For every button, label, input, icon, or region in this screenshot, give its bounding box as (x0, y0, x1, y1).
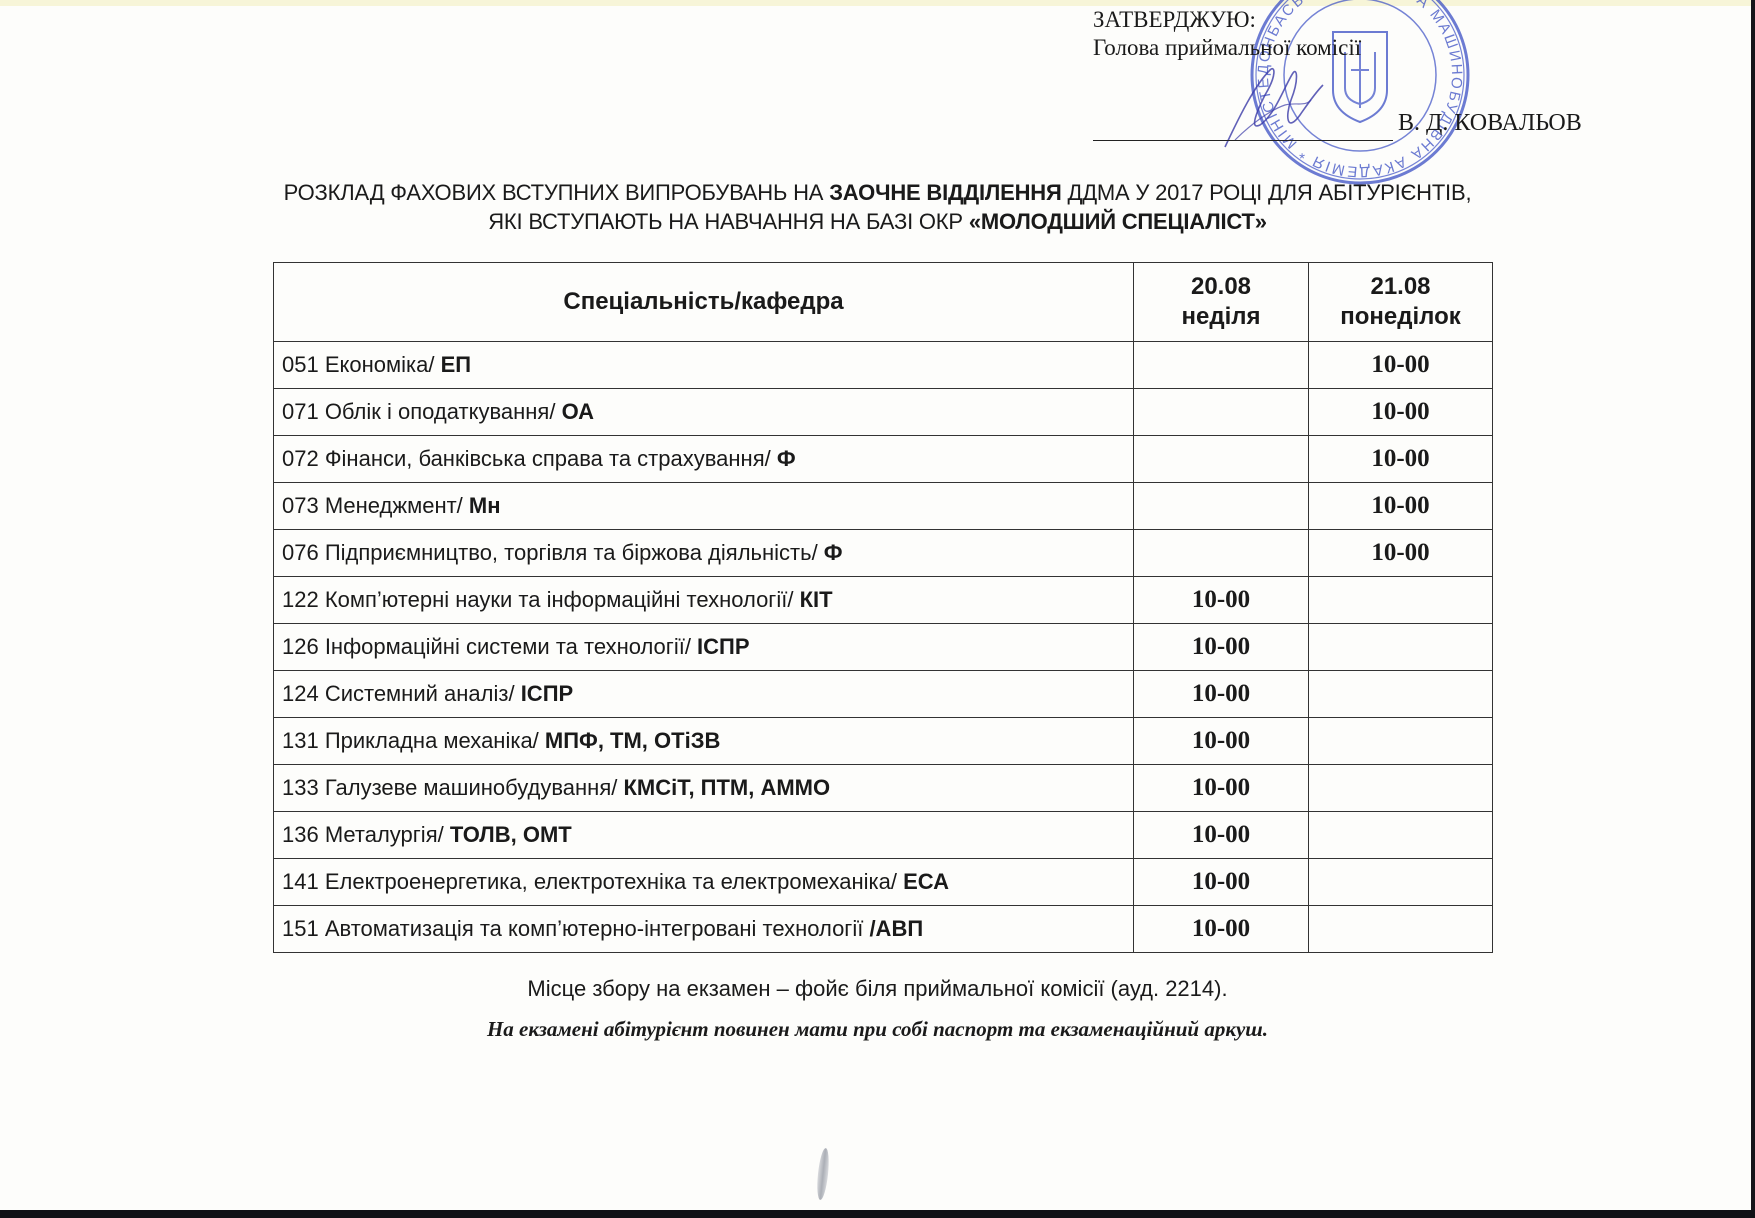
day-2-time: 10-00 (1309, 483, 1493, 530)
table-row: 122 Комп’ютерні науки та інформаційні те… (274, 577, 1493, 624)
day-1-time: 10-00 (1134, 624, 1309, 671)
department-code: Ф (824, 540, 843, 565)
specialty-cell: 072 Фінанси, банківська справа та страху… (274, 436, 1134, 483)
specialty-name: 151 Автоматизація та комп’ютерно-інтегро… (282, 916, 869, 941)
header-day-1-name: неділя (1182, 303, 1261, 330)
day-2-time: 10-00 (1309, 389, 1493, 436)
specialty-name: 076 Підприємництво, торгівля та біржова … (282, 540, 824, 565)
table-header-row: Спеціальність/кафедра 20.08 неділя 21.08… (274, 263, 1493, 342)
department-code: ОА (562, 399, 594, 424)
specialty-cell: 122 Комп’ютерні науки та інформаційні те… (274, 577, 1134, 624)
day-2-time (1309, 671, 1493, 718)
specialty-name: 141 Електроенергетика, електротехніка та… (282, 869, 903, 894)
specialty-cell: 151 Автоматизація та комп’ютерно-інтегро… (274, 906, 1134, 953)
department-code: ЕП (441, 352, 472, 377)
department-code: /АВП (869, 916, 923, 941)
scan-edge-right (1751, 0, 1755, 1218)
header-day-2-date: 21.08 (1370, 273, 1430, 300)
header-day-2: 21.08 понеділок (1309, 263, 1493, 342)
specialty-name: 136 Металургія/ (282, 822, 450, 847)
table-row: 124 Системний аналіз/ ІСПР10-00 (274, 671, 1493, 718)
specialty-cell: 126 Інформаційні системи та технології/ … (274, 624, 1134, 671)
department-code: МПФ, ТМ, ОТіЗВ (545, 728, 720, 753)
specialty-cell: 124 Системний аналіз/ ІСПР (274, 671, 1134, 718)
header-specialty: Спеціальність/кафедра (274, 263, 1134, 342)
title-line-2-bold: «МОЛОДШИЙ СПЕЦІАЛІСТ» (969, 209, 1267, 234)
day-2-time (1309, 859, 1493, 906)
table-row: 073 Менеджмент/ Мн10-00 (274, 483, 1493, 530)
title-line-1-suffix: ДДМА У 2017 РОЦІ ДЛЯ АБІТУРІЄНТІВ, (1062, 180, 1472, 205)
department-code: ІСПР (697, 634, 750, 659)
day-1-time (1134, 483, 1309, 530)
day-1-time: 10-00 (1134, 906, 1309, 953)
signature-line (1093, 140, 1393, 141)
day-1-time: 10-00 (1134, 671, 1309, 718)
table-body: 051 Економіка/ ЕП10-00071 Облік і оподат… (274, 342, 1493, 953)
specialty-cell: 073 Менеджмент/ Мн (274, 483, 1134, 530)
department-code: Мн (469, 493, 501, 518)
specialty-name: 124 Системний аналіз/ (282, 681, 521, 706)
day-2-time (1309, 812, 1493, 859)
specialty-name: 051 Економіка/ (282, 352, 441, 377)
specialty-name: 133 Галузеве машинобудування/ (282, 775, 623, 800)
specialty-cell: 071 Облік і оподаткування/ ОА (274, 389, 1134, 436)
schedule-table: Спеціальність/кафедра 20.08 неділя 21.08… (273, 262, 1493, 953)
department-code: КМСіТ, ПТМ, АММО (623, 775, 830, 800)
department-code: КІТ (800, 587, 833, 612)
title-line-1-bold: ЗАОЧНЕ ВІДДІЛЕННЯ (829, 180, 1061, 205)
header-day-2-name: понеділок (1340, 303, 1461, 330)
title-line-2: ЯКІ ВСТУПАЮТЬ НА НАВЧАННЯ НА БАЗІ ОКР «М… (40, 207, 1715, 236)
table-row: 076 Підприємництво, торгівля та біржова … (274, 530, 1493, 577)
day-1-time: 10-00 (1134, 859, 1309, 906)
department-code: ТОЛВ, ОМТ (450, 822, 572, 847)
day-2-time: 10-00 (1309, 342, 1493, 389)
table-row: 126 Інформаційні системи та технології/ … (274, 624, 1493, 671)
specialty-name: 122 Комп’ютерні науки та інформаційні те… (282, 587, 800, 612)
day-2-time (1309, 577, 1493, 624)
approve-word: ЗАТВЕРДЖУЮ: (1093, 6, 1361, 34)
approver-position: Голова приймальної комісії (1093, 34, 1361, 62)
scan-top-tint (0, 0, 1755, 6)
specialty-cell: 076 Підприємництво, торгівля та біржова … (274, 530, 1134, 577)
table-row: 141 Електроенергетика, електротехніка та… (274, 859, 1493, 906)
title-line-1-prefix: РОЗКЛАД ФАХОВИХ ВСТУПНИХ ВИПРОБУВАНЬ НА (284, 180, 830, 205)
title-line-1: РОЗКЛАД ФАХОВИХ ВСТУПНИХ ВИПРОБУВАНЬ НА … (40, 178, 1715, 207)
table-row: 071 Облік і оподаткування/ ОА10-00 (274, 389, 1493, 436)
table-row: 136 Металургія/ ТОЛВ, ОМТ10-00 (274, 812, 1493, 859)
specialty-cell: 141 Електроенергетика, електротехніка та… (274, 859, 1134, 906)
table-row: 131 Прикладна механіка/ МПФ, ТМ, ОТіЗВ10… (274, 718, 1493, 765)
header-day-1-date: 20.08 (1191, 273, 1251, 300)
day-1-time: 10-00 (1134, 812, 1309, 859)
day-1-time (1134, 342, 1309, 389)
requirement-note: На екзамені абітурієнт повинен мати при … (0, 1017, 1755, 1042)
scan-edge-bottom (0, 1210, 1755, 1218)
document-title: РОЗКЛАД ФАХОВИХ ВСТУПНИХ ВИПРОБУВАНЬ НА … (40, 178, 1715, 236)
day-1-time: 10-00 (1134, 718, 1309, 765)
department-code: Ф (777, 446, 796, 471)
day-2-time (1309, 624, 1493, 671)
specialty-cell: 131 Прикладна механіка/ МПФ, ТМ, ОТіЗВ (274, 718, 1134, 765)
specialty-cell: 051 Економіка/ ЕП (274, 342, 1134, 389)
signer-name: В. Д. КОВАЛЬОВ (1398, 110, 1582, 137)
scan-speck (815, 1148, 830, 1201)
title-line-2-prefix: ЯКІ ВСТУПАЮТЬ НА НАВЧАННЯ НА БАЗІ ОКР (488, 209, 969, 234)
specialty-name: 073 Менеджмент/ (282, 493, 469, 518)
specialty-cell: 136 Металургія/ ТОЛВ, ОМТ (274, 812, 1134, 859)
specialty-name: 131 Прикладна механіка/ (282, 728, 545, 753)
specialty-name: 126 Інформаційні системи та технології/ (282, 634, 697, 659)
specialty-name: 071 Облік і оподаткування/ (282, 399, 562, 424)
day-2-time: 10-00 (1309, 436, 1493, 483)
table-row: 151 Автоматизація та комп’ютерно-інтегро… (274, 906, 1493, 953)
day-2-time (1309, 765, 1493, 812)
day-1-time (1134, 530, 1309, 577)
day-1-time (1134, 389, 1309, 436)
department-code: ЕСА (903, 869, 949, 894)
table-row: 051 Економіка/ ЕП10-00 (274, 342, 1493, 389)
day-2-time (1309, 906, 1493, 953)
day-1-time: 10-00 (1134, 765, 1309, 812)
table-row: 133 Галузеве машинобудування/ КМСіТ, ПТМ… (274, 765, 1493, 812)
day-1-time (1134, 436, 1309, 483)
day-2-time: 10-00 (1309, 530, 1493, 577)
header-day-1: 20.08 неділя (1134, 263, 1309, 342)
department-code: ІСПР (521, 681, 574, 706)
meeting-place-note: Місце збору на екзамен – фойє біля прийм… (0, 976, 1755, 1002)
day-2-time (1309, 718, 1493, 765)
day-1-time: 10-00 (1134, 577, 1309, 624)
table-row: 072 Фінанси, банківська справа та страху… (274, 436, 1493, 483)
specialty-cell: 133 Галузеве машинобудування/ КМСіТ, ПТМ… (274, 765, 1134, 812)
specialty-name: 072 Фінанси, банківська справа та страху… (282, 446, 777, 471)
approval-block: ЗАТВЕРДЖУЮ: Голова приймальної комісії (1093, 6, 1361, 62)
